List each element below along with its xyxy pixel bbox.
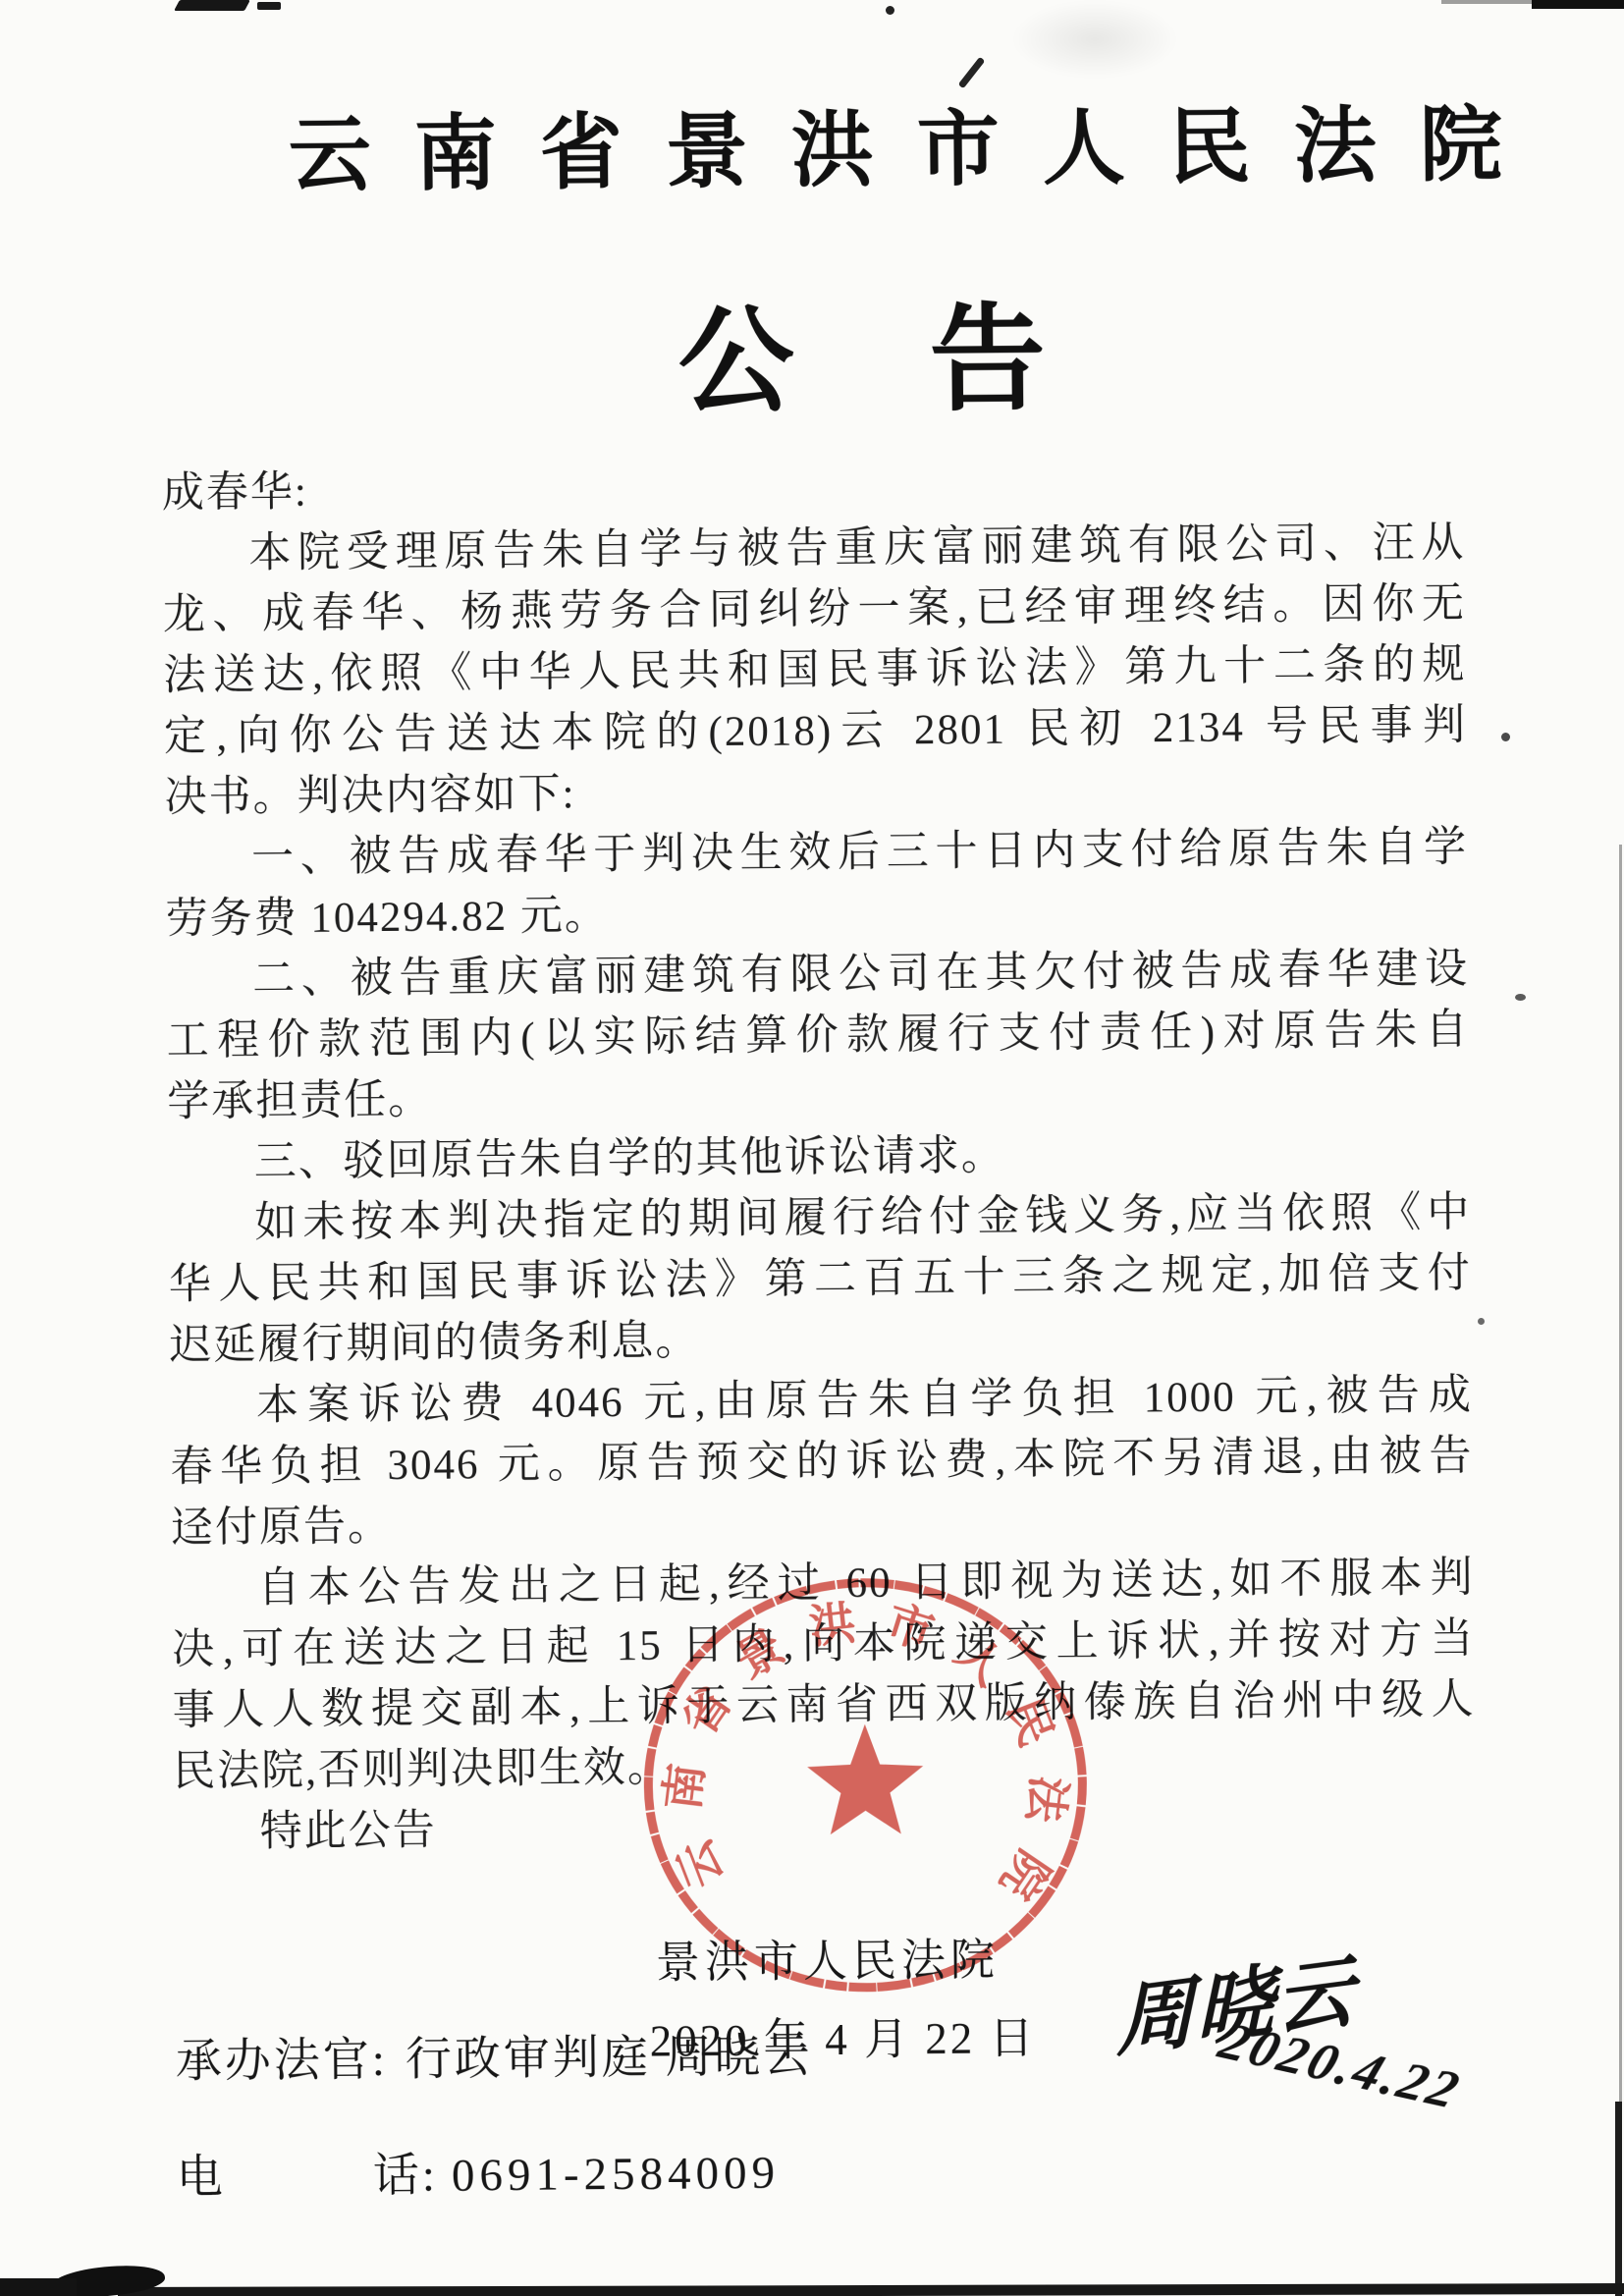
scan-artifact bbox=[886, 6, 894, 15]
body-line: 法送达,依照《中华人民共和国民事诉讼法》第九十二条的规 bbox=[163, 634, 1466, 707]
phone-line: 电 话:0691-2584009 bbox=[176, 2136, 780, 2207]
scan-artifact bbox=[1532, 0, 1624, 9]
body-line: 学承担责任。 bbox=[167, 1061, 1470, 1133]
body-line: 三、驳回原告朱自学的其他诉讼请求。 bbox=[168, 1121, 1471, 1194]
body-line: 定,向你公告送达本院的(2018)云 2801 民初 2134 号民事判 bbox=[164, 695, 1467, 768]
scan-artifact bbox=[257, 2, 281, 10]
body-line: 本院受理原告朱自学与被告重庆富丽建筑有限公司、汪从 bbox=[162, 513, 1465, 585]
body-line: 本案诉讼费 4046 元,由原告朱自学负担 1000 元,被告成 bbox=[170, 1365, 1473, 1438]
document-sheet: 云南省景洪市人民法院 公 告 成春华: 本院受理原告朱自学与被告重庆富丽建筑有限… bbox=[0, 0, 1624, 2296]
body-line: 决书。判决内容如下: bbox=[164, 756, 1467, 829]
phone-label: 电 话: bbox=[177, 2151, 439, 2204]
scan-artifact bbox=[1501, 733, 1510, 741]
scan-artifact bbox=[1615, 2102, 1622, 2296]
scanned-court-notice-page: 云南省景洪市人民法院 公 告 成春华: 本院受理原告朱自学与被告重庆富丽建筑有限… bbox=[0, 0, 1624, 2296]
body-line: 春华负担 3046 元。原告预交的诉讼费,本院不另清退,由被告 bbox=[170, 1426, 1473, 1499]
body-line: 如未按本判决指定的期间履行给付金钱义务,应当依照《中 bbox=[168, 1182, 1471, 1255]
notice-title: 公 告 bbox=[54, 259, 1624, 440]
body-line: 华人民共和国民事诉讼法》第二百五十三条之规定,加倍支付 bbox=[169, 1243, 1472, 1316]
scan-artifact bbox=[1515, 994, 1526, 1001]
signature-court-name: 景洪市人民法院 bbox=[16, 1918, 1624, 1995]
body-line: 工程价款范围内(以实际结算价款履行支付责任)对原告朱自 bbox=[166, 1000, 1469, 1072]
body-line: 龙、成春华、杨燕劳务合同纠纷一案,已经审理终结。因你无 bbox=[163, 574, 1466, 646]
body-line: 迳付原告。 bbox=[171, 1487, 1474, 1559]
body-line: 劳务费 104294.82 元。 bbox=[165, 878, 1468, 951]
salutation: 成春华: bbox=[162, 452, 1465, 524]
scan-artifact bbox=[0, 2278, 77, 2296]
body-line: 二、被告重庆富丽建筑有限公司在其欠付被告成春华建设 bbox=[166, 939, 1469, 1011]
scan-artifact bbox=[1478, 1318, 1485, 1325]
star-icon bbox=[807, 1723, 924, 1834]
scan-artifact bbox=[1441, 0, 1534, 4]
court-title: 云南省景洪市人民法院 bbox=[104, 77, 1624, 209]
body-line: 迟延履行期间的债务利息。 bbox=[169, 1304, 1472, 1377]
scan-artifact bbox=[1619, 845, 1622, 2111]
body-line: 一、被告成春华于判决生效后三十日内支付给原告朱自学 bbox=[165, 817, 1468, 890]
scan-artifact bbox=[1011, 0, 1178, 79]
phone-value: 0691-2584009 bbox=[452, 2148, 781, 2202]
scan-artifact bbox=[174, 0, 250, 11]
